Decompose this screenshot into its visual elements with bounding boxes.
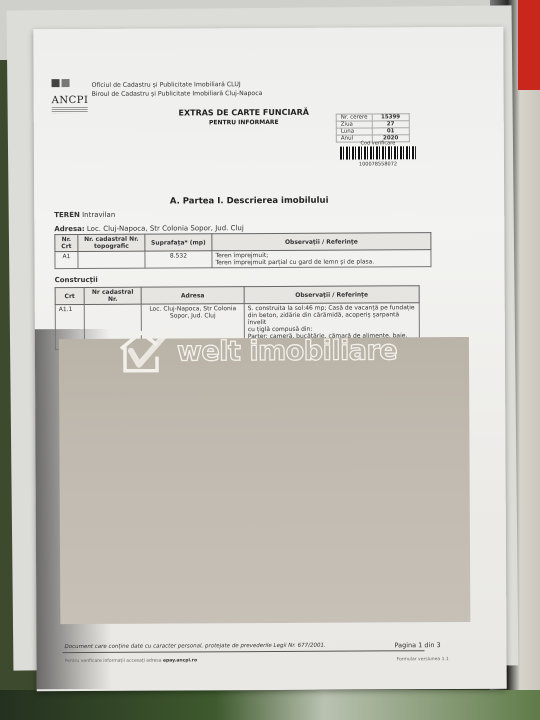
header-area: Suprafața* (mp) xyxy=(145,234,212,251)
ancpi-logo: ANCPI xyxy=(52,79,89,113)
logo-subtext xyxy=(52,107,88,113)
background-red-object xyxy=(518,0,540,90)
table-header: Nr. Crt Nr. cadastral Nr. topografic Sup… xyxy=(55,233,431,252)
barcode-icon xyxy=(340,146,416,159)
header-notes: Observații / Referințe xyxy=(212,233,431,251)
header-cadastral: Nr cadastral Nr. xyxy=(84,287,141,304)
request-info-table: Nr. cerere15399 Ziua27 Luna01 Anul2020 xyxy=(336,113,410,142)
header-cadastral: Nr. cadastral Nr. topografic xyxy=(78,234,145,251)
watermark: welt imobiliare xyxy=(117,327,397,374)
office-line-2: Biroul de Cadastru și Publicitate Imobil… xyxy=(92,89,263,99)
header-address: Adresa xyxy=(141,287,244,305)
notes-line: din beton, zidărie din cărămidă, acoperi… xyxy=(248,311,416,326)
document-title: EXTRAS DE CARTE FUNCIARĂ PENTRU INFORMAR… xyxy=(144,108,344,129)
land-type-label: TEREN xyxy=(54,211,80,219)
header-notes: Observații / Referințe xyxy=(244,286,419,304)
section-title: A. Partea I. Descrierea imobilului xyxy=(119,195,379,206)
address-label: Adresa: xyxy=(54,225,84,233)
cell-crt: A1 xyxy=(55,252,78,269)
label: Nr. cerere xyxy=(336,114,372,121)
table-header: Crt Nr cadastral Nr. Adresa Observații /… xyxy=(55,286,419,305)
notes-line: Teren împrejmuit parțial cu gard de lemn… xyxy=(215,258,427,266)
footer-notice: Document care conține date cu caracter p… xyxy=(64,643,325,650)
watermark-text: welt imobiliare xyxy=(177,335,397,367)
footer-info-text: Pentru verificare informații accesați ad… xyxy=(65,659,162,665)
table-row: A1 8.532 Teren împrejmuit; Teren împrejm… xyxy=(55,250,431,269)
footer-info-site: epay.ancpi.ro xyxy=(163,658,197,663)
logo-text: ANCPI xyxy=(52,95,89,106)
address-value: Loc. Cluj-Napoca, Str Colonia Sopor, Jud… xyxy=(87,224,244,233)
document-page: ANCPI Oficiul de Cadastru și Publicitate… xyxy=(33,27,506,691)
house-check-icon xyxy=(117,329,173,375)
form-version: Formular versiunea 1.1 xyxy=(397,657,449,662)
redacted-area xyxy=(59,337,470,624)
constructions-label: Construcții xyxy=(55,276,98,284)
footer-info: Pentru verificare informații accesați ad… xyxy=(65,658,197,664)
subtitle-text: PENTRU INFORMARE xyxy=(144,118,344,129)
cell-area: 8.532 xyxy=(145,251,212,268)
cell-notes: Teren împrejmuit; Teren împrejmuit parți… xyxy=(212,250,431,268)
header-crt: Crt xyxy=(55,287,84,304)
footer-divider xyxy=(63,650,425,653)
cell-cadastral xyxy=(78,251,145,268)
barcode-number: 100078558072 xyxy=(336,161,420,167)
header-crt: Nr. Crt xyxy=(55,235,78,252)
page-number: Pagina 1 din 3 xyxy=(394,641,440,649)
office-name: Oficiul de Cadastru și Publicitate Imobi… xyxy=(92,80,263,99)
land-type-value: Intravilan xyxy=(82,211,115,219)
address: Adresa: Loc. Cluj-Napoca, Str Colonia So… xyxy=(54,224,244,233)
logo-blocks-icon xyxy=(52,79,89,87)
background-fabric xyxy=(0,690,540,720)
land-table: Nr. Crt Nr. cadastral Nr. topografic Sup… xyxy=(54,232,431,269)
land-type: TEREN Intravilan xyxy=(54,211,115,219)
